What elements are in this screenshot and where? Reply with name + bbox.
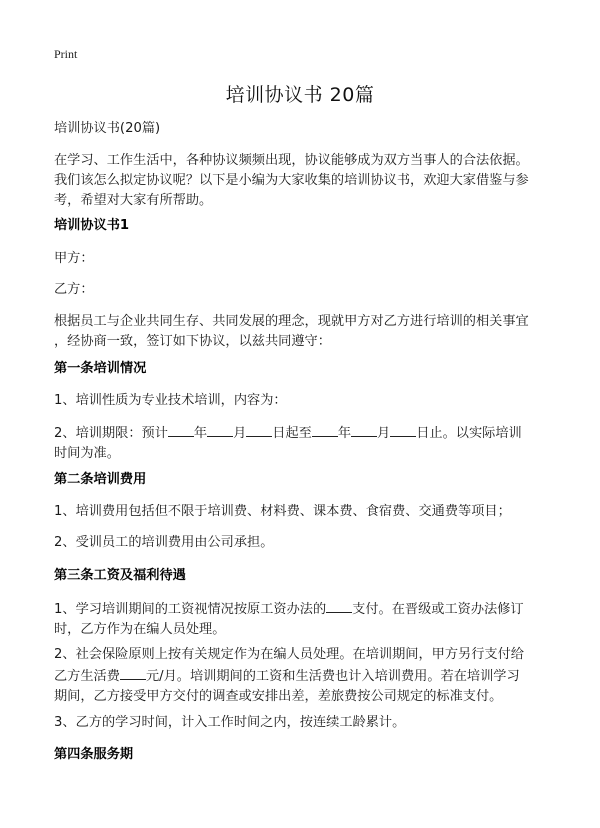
blank-field xyxy=(168,422,194,437)
article-2-item-2: 2、受训员工的培训费用由公司承担。 xyxy=(54,533,554,553)
section-heading: 培训协议书1 xyxy=(54,216,554,236)
document-page: Print 培训协议书 20篇 培训协议书(20篇) 在学习、工作生活中，各种协… xyxy=(0,0,600,828)
article-3-item-2: 2、社会保险原则上按有关规定作为在编人员处理。在培训期间，甲方另行支付给 乙方生… xyxy=(54,645,554,707)
article-1-heading: 第一条培训情况 xyxy=(54,359,554,379)
preamble-line: 根据员工与企业共同生存、共同发展的理念，现就甲方对乙方进行培训的相关事宜 xyxy=(54,312,554,332)
article-4-heading: 第四条服务期 xyxy=(54,745,554,765)
article-3-heading: 第三条工资及福利待遇 xyxy=(54,566,554,586)
blank-field xyxy=(207,422,233,437)
article-2-heading: 第二条培训费用 xyxy=(54,470,554,490)
intro-paragraph: 在学习、工作生活中，各种协议频频出现，协议能够成为双方当事人的合法依据。 我们该… xyxy=(54,151,554,211)
intro-line: 我们该怎么拟定协议呢？以下是小编为大家收集的培训协议书，欢迎大家借鉴与参 xyxy=(54,171,554,191)
article-2-item-1: 1、培训费用包括但不限于培训费、材料费、课本费、食宿费、交通费等项目； xyxy=(54,502,554,522)
party-b-field: 乙方： xyxy=(54,280,554,300)
intro-line: 在学习、工作生活中，各种协议频频出现，协议能够成为双方当事人的合法依据。 xyxy=(54,151,554,171)
article-3-item-3: 3、乙方的学习时间，计入工作时间之内，按连续工龄累计。 xyxy=(54,713,554,733)
blank-field xyxy=(120,665,146,680)
preamble-line: ，经协商一致，签订如下协议，以兹共同遵守： xyxy=(54,332,554,352)
blank-field xyxy=(351,422,377,437)
article-1-item-1: 1、培训性质为专业技术培训，内容为： xyxy=(54,391,554,411)
preamble-paragraph: 根据员工与企业共同生存、共同发展的理念，现就甲方对乙方进行培训的相关事宜 ，经协… xyxy=(54,312,554,352)
blank-field xyxy=(246,422,272,437)
blank-field xyxy=(390,422,416,437)
document-title: 培训协议书 20篇 xyxy=(0,80,600,107)
article-1-item-2: 2、培训期限：预计年月日起至年月日止。以实际培训 时间为准。 xyxy=(54,422,554,464)
blank-field xyxy=(312,422,338,437)
party-a-field: 甲方： xyxy=(54,249,554,269)
print-label[interactable]: Print xyxy=(54,47,77,62)
document-subtitle: 培训协议书(20篇) xyxy=(54,119,554,139)
intro-line: 考，希望对大家有所帮助。 xyxy=(54,191,554,211)
article-3-item-1: 1、学习培训期间的工资视情况按原工资办法的支付。在晋级或工资办法修订 时，乙方作… xyxy=(54,598,554,640)
blank-field xyxy=(326,598,352,613)
